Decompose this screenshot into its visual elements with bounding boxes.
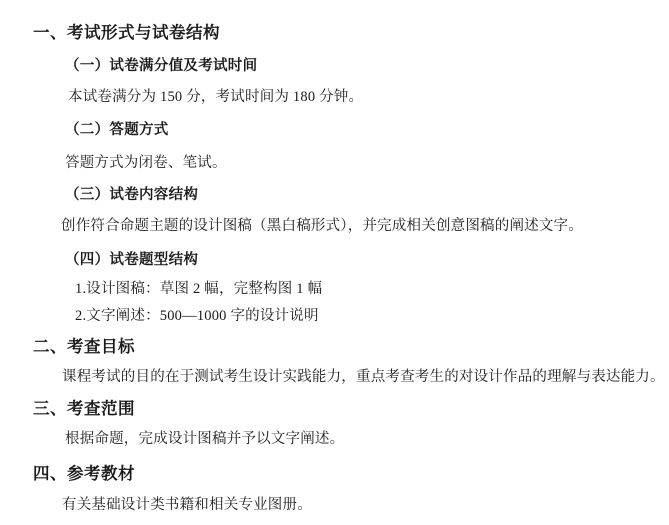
subsection-heading-content-structure: （三）试卷内容结构	[65, 187, 198, 204]
exam-syllabus-document: 一、考试形式与试卷结构 （一）试卷满分值及考试时间 本试卷满分为 150 分，考…	[0, 0, 669, 525]
subsection-heading-answer-method: （二）答题方式	[65, 122, 169, 139]
section-heading-reference-materials: 四、参考教材	[33, 465, 135, 485]
subsection-heading-question-type-structure: （四）试卷题型结构	[65, 252, 198, 269]
list-item-written-statement: 2.文字阐述：500—1000 字的设计说明	[75, 308, 319, 325]
section-heading-exam-scope: 三、考查范围	[33, 400, 135, 420]
paragraph-exam-scope: 根据命题，完成设计图稿并予以文字阐述。	[65, 431, 344, 448]
section-heading-exam-format: 一、考试形式与试卷结构	[33, 24, 220, 44]
paragraph-full-score-and-time: 本试卷满分为 150 分，考试时间为 180 分钟。	[68, 89, 363, 106]
section-heading-exam-objectives: 二、考查目标	[33, 338, 135, 358]
paragraph-answer-method: 答题方式为闭卷、笔试。	[65, 155, 227, 172]
list-item-design-draft: 1.设计图稿：草图 2 幅，完整构图 1 幅	[75, 281, 322, 298]
paragraph-reference-materials: 有关基础设计类书籍和相关专业图册。	[62, 497, 312, 514]
paragraph-content-structure: 创作符合命题主题的设计图稿（黑白稿形式），并完成相关创意图稿的阐述文字。	[61, 218, 583, 235]
paragraph-exam-objectives: 课程考试的目的在于测试考生设计实践能力，重点考查考生的对设计作品的理解与表达能力…	[62, 369, 665, 386]
subsection-heading-full-score-and-time: （一）试卷满分值及考试时间	[65, 58, 257, 75]
